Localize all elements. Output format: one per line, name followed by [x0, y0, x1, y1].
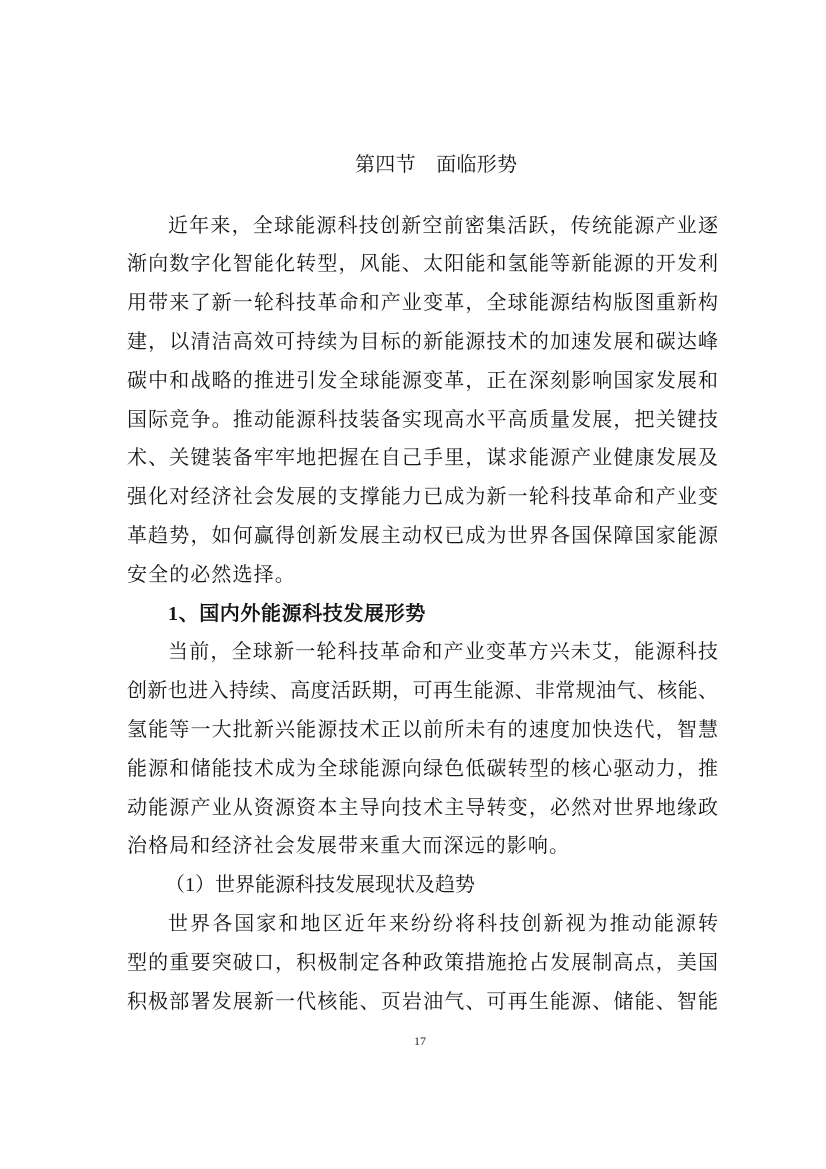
paragraph-1-line: 安全的必然选择。: [127, 556, 718, 595]
paragraph-2-line: 氢能等一大批新兴能源技术正以前所未有的速度加快迭代，智慧: [127, 711, 718, 750]
paragraph-3-line: 积极部署发展新一代核能、页岩油气、可再生能源、储能、智能: [127, 983, 718, 1022]
body-text: 近年来，全球能源科技创新空前密集活跃，传统能源产业逐 渐向数字化智能化转型，风能…: [127, 207, 718, 1022]
paragraph-2-line: 动能源产业从资源资本主导向技术主导转变，必然对世界地缘政: [127, 789, 718, 828]
paragraph-1-line: 碳中和战略的推进引发全球能源变革，正在深刻影响国家发展和: [127, 362, 718, 401]
paragraph-1-line: 用带来了新一轮科技革命和产业变革，全球能源结构版图重新构: [127, 284, 718, 323]
paragraph-3-line: 型的重要突破口，积极制定各种政策措施抢占发展制高点，美国: [127, 944, 718, 983]
paragraph-1-line: 革趋势，如何赢得创新发展主动权已成为世界各国保障国家能源: [127, 517, 718, 556]
section-title: 第四节 面临形势: [355, 150, 517, 180]
heading-domestic-international-trends: 1、国内外能源科技发展形势: [127, 595, 718, 634]
paragraph-2-line: 治格局和经济社会发展带来重大而深远的影响。: [127, 827, 718, 866]
paragraph-1-line: 渐向数字化智能化转型，风能、太阳能和氢能等新能源的开发利: [127, 245, 718, 284]
paragraph-3-line: 世界各国家和地区近年来纷纷将科技创新视为推动能源转: [127, 905, 718, 944]
paragraph-2-line: 当前，全球新一轮科技革命和产业变革方兴未艾，能源科技: [127, 633, 718, 672]
subheading-world-energy-status: （1）世界能源科技发展现状及趋势: [127, 866, 718, 905]
paragraph-2-line: 能源和储能技术成为全球能源向绿色低碳转型的核心驱动力，推: [127, 750, 718, 789]
paragraph-1-line: 强化对经济社会发展的支撑能力已成为新一轮科技革命和产业变: [127, 478, 718, 517]
paragraph-1-line: 术、关键装备牢牢地把握在自己手里，谋求能源产业健康发展及: [127, 439, 718, 478]
paragraph-1-line: 国际竞争。推动能源科技装备实现高水平高质量发展，把关键技: [127, 401, 718, 440]
page-number: 17: [400, 1032, 440, 1050]
paragraph-1-line: 近年来，全球能源科技创新空前密集活跃，传统能源产业逐: [127, 207, 718, 246]
paragraph-1-line: 建，以清洁高效可持续为目标的新能源技术的加速发展和碳达峰: [127, 323, 718, 362]
document-page: 第四节 面临形势 近年来，全球能源科技创新空前密集活跃，传统能源产业逐 渐向数字…: [0, 0, 826, 1169]
paragraph-2-line: 创新也进入持续、高度活跃期，可再生能源、非常规油气、核能、: [127, 672, 718, 711]
